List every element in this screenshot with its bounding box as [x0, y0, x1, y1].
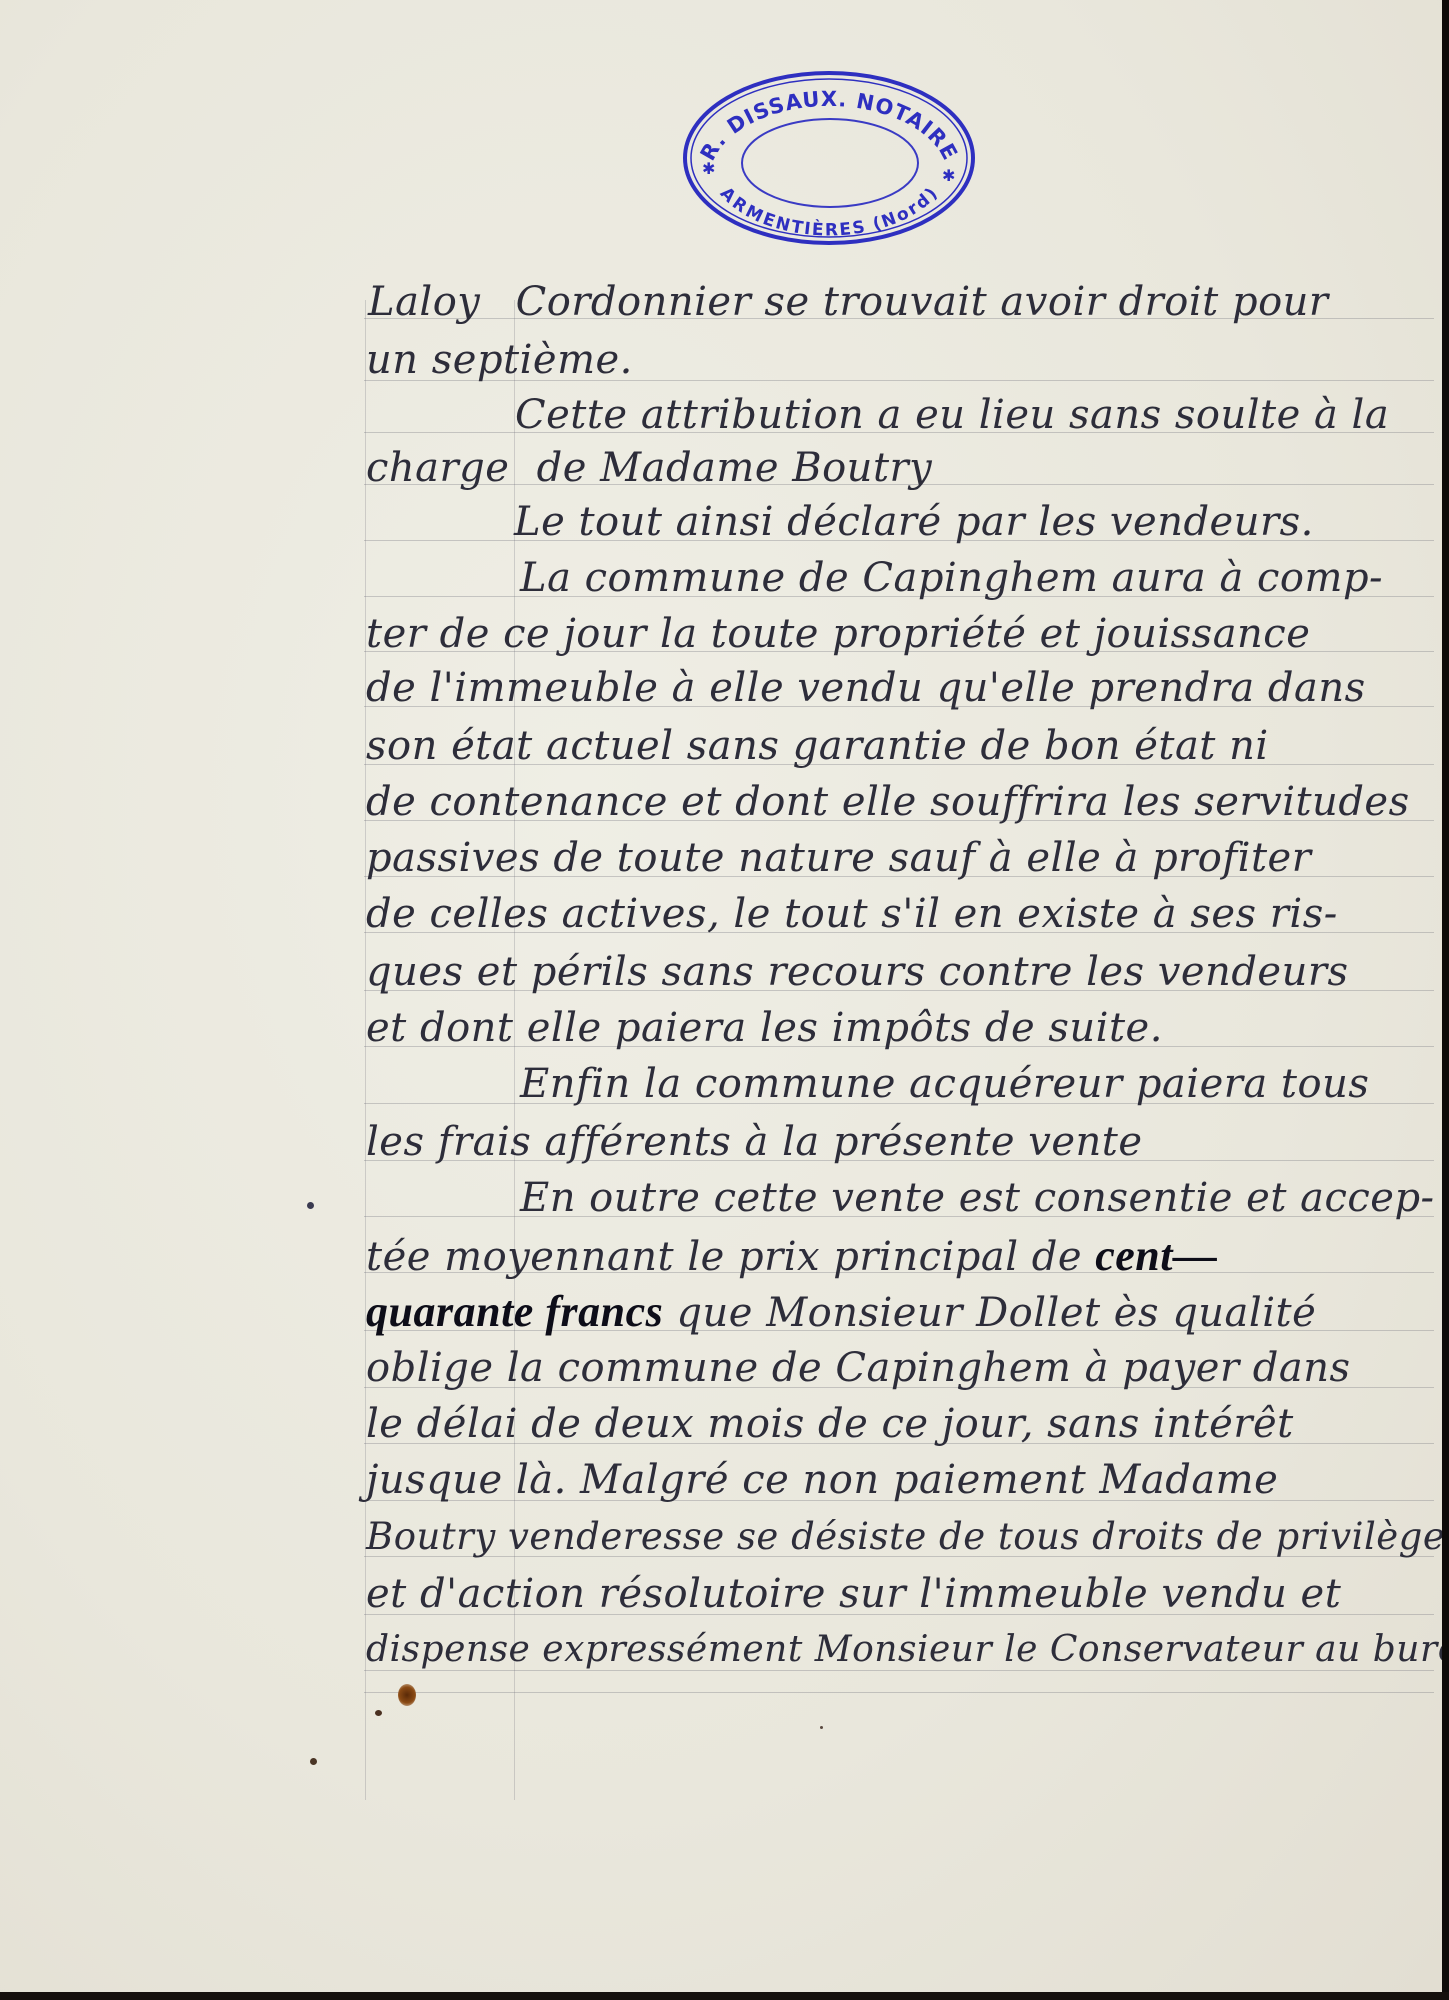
star-icon: ✱	[942, 166, 955, 185]
page-edge-shadow	[1442, 0, 1449, 2000]
star-icon: ✱	[702, 159, 715, 178]
margin-word: charge	[366, 445, 509, 491]
line-text: et d'action résolutoire sur l'immeuble v…	[366, 1571, 1341, 1617]
ink-speck	[820, 1726, 823, 1729]
text-line: de contenance et dont elle souffrira les…	[366, 782, 1410, 822]
line-text: ter de ce jour la toute propriété et jou…	[366, 611, 1310, 657]
line-text: son état actuel sans garantie de bon éta…	[366, 723, 1269, 769]
text-line: son état actuel sans garantie de bon éta…	[366, 726, 1269, 766]
line-text: Le tout ainsi déclaré par les vendeurs.	[514, 499, 1314, 545]
line-text: Enfin la commune acquéreur paiera tous	[520, 1061, 1369, 1107]
line-text: dispense expressément Monsieur le Conser…	[366, 1629, 1449, 1670]
line-text: que Monsieur Dollet ès qualité	[663, 1290, 1316, 1336]
stamp-bottom-text: ARMENTIÈRES (Nord)	[716, 183, 942, 240]
line-text: ques et périls sans recours contre les v…	[366, 949, 1349, 995]
ruled-line	[364, 1692, 1434, 1693]
line-text: Boutry venderesse se désiste de tous dro…	[366, 1515, 1445, 1558]
text-line: La commune de Capinghem aura à comp-	[520, 558, 1383, 598]
text-line: En outre cette vente est consentie et ac…	[520, 1178, 1435, 1218]
text-line: Boutry venderesse se désiste de tous dro…	[366, 1518, 1445, 1555]
document-page: R. DISSAUX. NOTAIRE ARMENTIÈRES (Nord) ✱…	[0, 0, 1442, 1992]
text-line: quarante francs que Monsieur Dollet ès q…	[366, 1290, 1316, 1334]
line-text: En outre cette vente est consentie et ac…	[520, 1175, 1435, 1221]
line-text: de Madame Boutry	[537, 445, 933, 491]
text-line: oblige la commune de Capinghem à payer d…	[366, 1348, 1351, 1388]
ruled-line	[364, 1670, 1434, 1671]
text-line: les frais afférents à la présente vente	[366, 1122, 1143, 1162]
ink-speck	[375, 1710, 382, 1716]
line-text: passives de toute nature sauf à elle à p…	[366, 835, 1311, 881]
line-text: un septième.	[366, 337, 633, 383]
line-text: jusque là. Malgré ce non paiement Madame	[366, 1457, 1278, 1503]
rust-stain	[398, 1684, 416, 1706]
text-line: tée moyennant le prix principal de cent—	[366, 1234, 1218, 1278]
line-text: de contenance et dont elle souffrira les…	[366, 779, 1410, 825]
text-line: ques et périls sans recours contre les v…	[366, 952, 1349, 992]
text-line: passives de toute nature sauf à elle à p…	[366, 838, 1311, 878]
text-line: charge de Madame Boutry	[366, 448, 932, 488]
text-line: un septième.	[366, 340, 633, 380]
text-line: jusque là. Malgré ce non paiement Madame	[366, 1460, 1278, 1500]
text-line: Le tout ainsi déclaré par les vendeurs.	[514, 502, 1314, 542]
line-text: et dont elle paiera les impôts de suite.	[366, 1005, 1163, 1051]
text-line: de l'immeuble à elle vendu qu'elle prend…	[366, 668, 1366, 708]
text-line: le délai de deux mois de ce jour, sans i…	[366, 1404, 1294, 1444]
line-text: tée moyennant le prix principal de	[366, 1234, 1095, 1280]
text-line: et d'action résolutoire sur l'immeuble v…	[366, 1574, 1341, 1614]
ink-speck	[310, 1758, 317, 1765]
text-line: Laloy Cordonnier se trouvait avoir droit…	[368, 282, 1329, 322]
line-text: Cordonnier se trouvait avoir droit pour	[516, 279, 1329, 325]
line-prefix: Laloy	[368, 279, 480, 325]
text-line: dispense expressément Monsieur le Conser…	[366, 1632, 1449, 1668]
page-edge-shadow	[0, 1992, 1449, 2000]
text-line: Cette attribution a eu lieu sans soulte …	[515, 395, 1389, 435]
text-line: ter de ce jour la toute propriété et jou…	[366, 614, 1310, 654]
text-line: et dont elle paiera les impôts de suite.	[366, 1008, 1163, 1048]
notary-stamp: R. DISSAUX. NOTAIRE ARMENTIÈRES (Nord) ✱…	[680, 68, 978, 248]
stamp-top-text: R. DISSAUX. NOTAIRE	[696, 87, 963, 165]
line-text: Cette attribution a eu lieu sans soulte …	[515, 392, 1389, 438]
price-text-bold: cent—	[1095, 1231, 1217, 1280]
price-text-bold: quarante francs	[366, 1287, 663, 1336]
line-text: les frais afférents à la présente vente	[366, 1119, 1143, 1165]
svg-text:R. DISSAUX. NOTAIRE: R. DISSAUX. NOTAIRE	[696, 87, 963, 165]
svg-text:ARMENTIÈRES (Nord): ARMENTIÈRES (Nord)	[716, 183, 942, 240]
text-line: Enfin la commune acquéreur paiera tous	[520, 1064, 1369, 1104]
line-text: La commune de Capinghem aura à comp-	[520, 555, 1383, 601]
line-text: de l'immeuble à elle vendu qu'elle prend…	[366, 665, 1366, 711]
text-line: de celles actives, le tout s'il en exist…	[366, 894, 1338, 934]
line-text: de celles actives, le tout s'il en exist…	[366, 891, 1338, 937]
ink-speck	[307, 1202, 314, 1209]
line-text: le délai de deux mois de ce jour, sans i…	[366, 1401, 1294, 1447]
line-text: oblige la commune de Capinghem à payer d…	[366, 1345, 1351, 1391]
